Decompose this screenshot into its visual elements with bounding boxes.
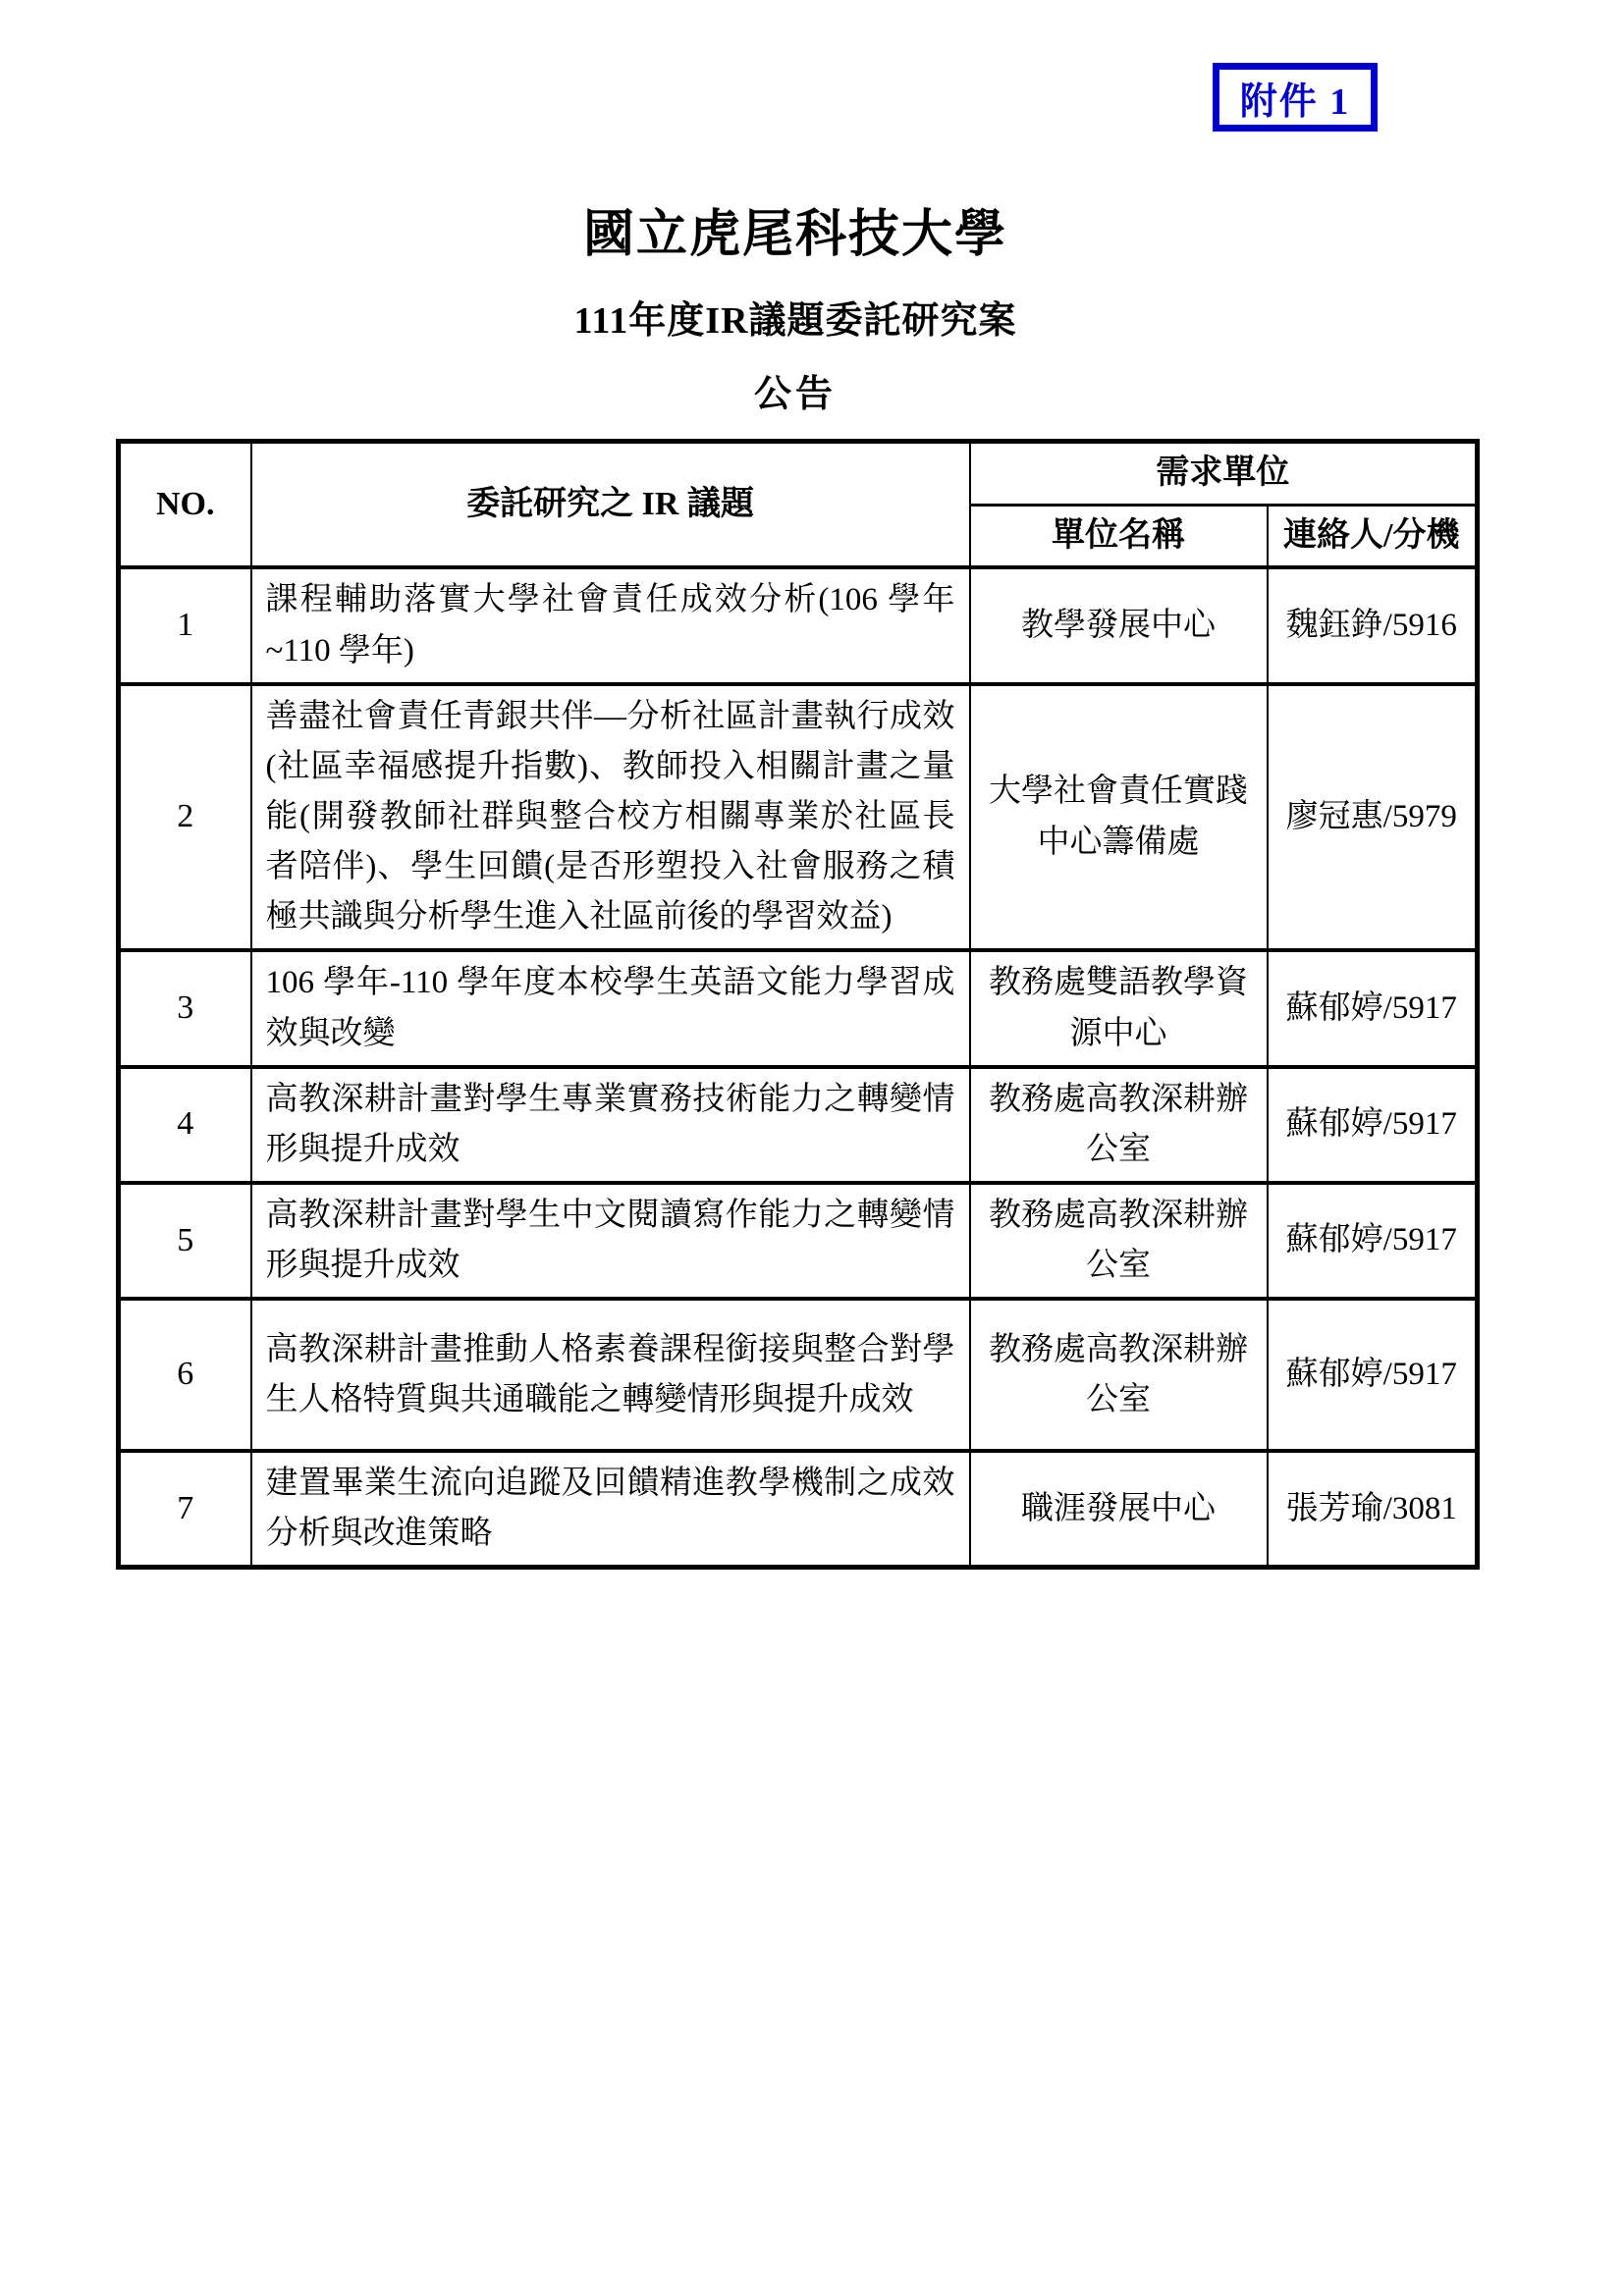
document-content: 國立虎尾科技大學 111年度IR議題委託研究案 公告 NO. 委託研究之 IR … — [116, 0, 1475, 1570]
row-contact: 蘇郁婷/5917 — [1268, 1183, 1478, 1299]
row-issue: 106 學年-110 學年度本校學生英語文能力學習成效與改變 — [251, 950, 970, 1066]
row-number: 5 — [119, 1183, 251, 1299]
row-issue: 高教深耕計畫對學生專業實務技術能力之轉變情形與提升成效 — [251, 1067, 970, 1183]
row-number: 2 — [119, 684, 251, 951]
row-unit: 教務處高教深耕辦公室 — [970, 1299, 1268, 1451]
row-contact: 張芳瑜/3081 — [1268, 1451, 1478, 1568]
row-number: 1 — [119, 567, 251, 683]
row-unit: 教務處雙語教學資源中心 — [970, 950, 1268, 1066]
table-row: 1 課程輔助落實大學社會責任成效分析(106 學年~110 學年) 教學發展中心… — [119, 567, 1478, 683]
row-contact: 蘇郁婷/5917 — [1268, 1299, 1478, 1451]
col-header-unit-name: 單位名稱 — [970, 505, 1268, 567]
row-issue: 善盡社會責任青銀共伴—分析社區計畫執行成效(社區幸福感提升指數)、教師投入相關計… — [251, 684, 970, 951]
attachment-badge: 附件 1 — [1213, 63, 1378, 132]
row-number: 4 — [119, 1067, 251, 1183]
row-unit: 教學發展中心 — [970, 567, 1268, 683]
table-row: 3 106 學年-110 學年度本校學生英語文能力學習成效與改變 教務處雙語教學… — [119, 950, 1478, 1066]
ir-topics-table: NO. 委託研究之 IR 議題 需求單位 單位名稱 連絡人/分機 1 課程輔助落… — [116, 439, 1480, 1570]
row-issue: 高教深耕計畫對學生中文閱讀寫作能力之轉變情形與提升成效 — [251, 1183, 970, 1299]
row-contact: 蘇郁婷/5917 — [1268, 1067, 1478, 1183]
page-title: 國立虎尾科技大學 — [116, 192, 1475, 266]
row-contact: 魏鈺錚/5916 — [1268, 567, 1478, 683]
col-header-contact: 連絡人/分機 — [1268, 505, 1478, 567]
col-header-no: NO. — [119, 442, 251, 568]
col-header-issue: 委託研究之 IR 議題 — [251, 442, 970, 568]
row-number: 6 — [119, 1299, 251, 1451]
row-issue: 課程輔助落實大學社會責任成效分析(106 學年~110 學年) — [251, 567, 970, 683]
table-row: 5 高教深耕計畫對學生中文閱讀寫作能力之轉變情形與提升成效 教務處高教深耕辦公室… — [119, 1183, 1478, 1299]
announcement-label: 公告 — [116, 363, 1475, 417]
table-row: 2 善盡社會責任青銀共伴—分析社區計畫執行成效(社區幸福感提升指數)、教師投入相… — [119, 684, 1478, 951]
attachment-badge-label: 附件 1 — [1240, 71, 1351, 125]
table-row: 4 高教深耕計畫對學生專業實務技術能力之轉變情形與提升成效 教務處高教深耕辦公室… — [119, 1067, 1478, 1183]
row-unit: 大學社會責任實踐中心籌備處 — [970, 684, 1268, 951]
row-unit: 教務處高教深耕辦公室 — [970, 1067, 1268, 1183]
table-row: 7 建置畢業生流向追蹤及回饋精進教學機制之成效分析與改進策略 職涯發展中心 張芳… — [119, 1451, 1478, 1568]
row-issue: 建置畢業生流向追蹤及回饋精進教學機制之成效分析與改進策略 — [251, 1451, 970, 1568]
page-subtitle: 111年度IR議題委託研究案 — [116, 290, 1475, 344]
row-contact: 廖冠惠/5979 — [1268, 684, 1478, 951]
row-number: 7 — [119, 1451, 251, 1568]
row-issue: 高教深耕計畫推動人格素養課程銜接與整合對學生人格特質與共通職能之轉變情形與提升成… — [251, 1299, 970, 1451]
row-contact: 蘇郁婷/5917 — [1268, 950, 1478, 1066]
row-unit: 職涯發展中心 — [970, 1451, 1268, 1568]
table-header-row-1: NO. 委託研究之 IR 議題 需求單位 — [119, 442, 1478, 506]
table-row: 6 高教深耕計畫推動人格素養課程銜接與整合對學生人格特質與共通職能之轉變情形與提… — [119, 1299, 1478, 1451]
document-page: 附件 1 國立虎尾科技大學 111年度IR議題委託研究案 公告 NO. 委託研究… — [0, 0, 1624, 2296]
row-unit: 教務處高教深耕辦公室 — [970, 1183, 1268, 1299]
row-number: 3 — [119, 950, 251, 1066]
col-header-demand-unit: 需求單位 — [970, 442, 1478, 506]
